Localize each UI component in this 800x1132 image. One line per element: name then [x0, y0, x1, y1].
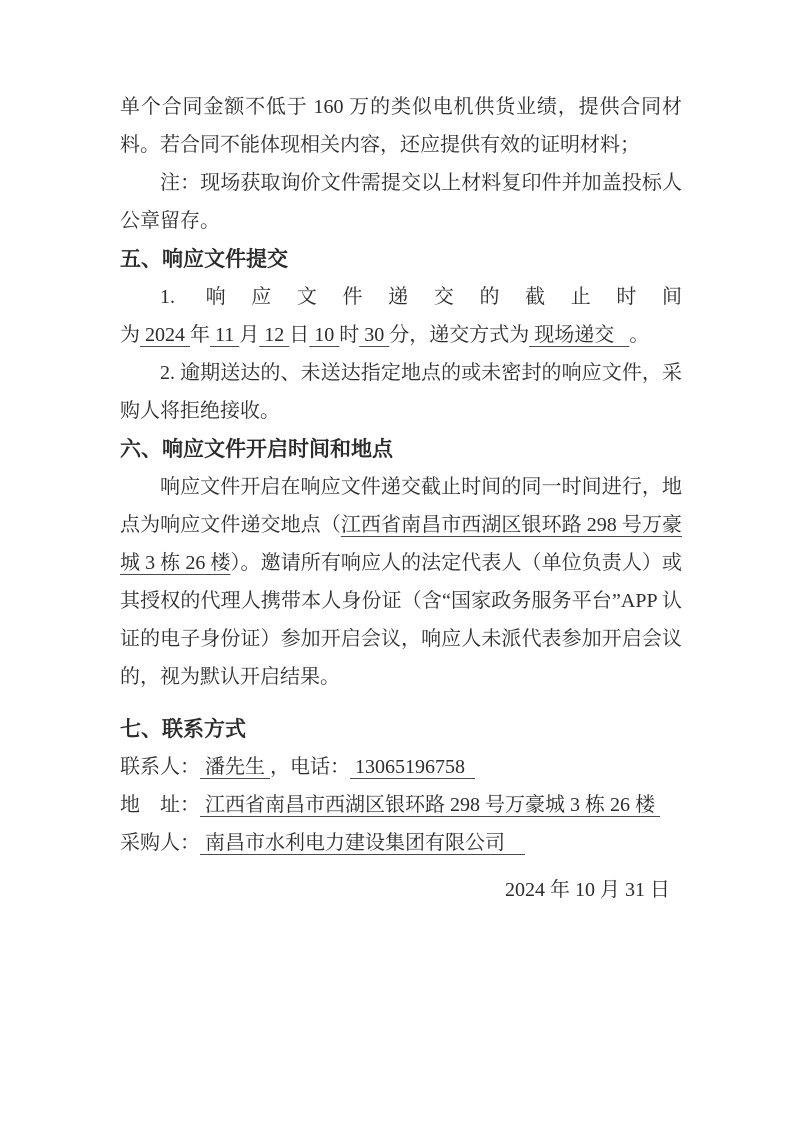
section-heading: 六、响应文件开启时间和地点 [120, 430, 682, 468]
text-segment: 分，递交方式为 [389, 324, 529, 346]
text-segment: 单个合同金额不低于 160 万的类似电机供货业绩，提供合同材料。若合同不能体现相… [120, 96, 682, 156]
paragraph: 2. 逾期送达的、未送达指定地点的或未密封的响应文件，采购人将拒绝接收。 [120, 354, 682, 430]
underlined-value: 12 [259, 324, 289, 346]
underlined-value: 10 [309, 324, 339, 346]
text-segment: 日 [289, 324, 309, 346]
text-segment: 年 [190, 324, 210, 346]
text-segment: 地 址： [120, 794, 200, 816]
paragraph: 地 址： 江西省南昌市西湖区银环路 298 号万豪城 3 栋 26 楼 [120, 786, 682, 824]
text-segment: 采购人： [120, 832, 200, 854]
underlined-value: 30 [359, 324, 389, 346]
paragraph: 采购人： 南昌市水利电力建设集团有限公司 [120, 824, 682, 862]
underlined-value: 2024 [140, 324, 190, 346]
text-segment: 2. 逾期送达的、未送达指定地点的或未密封的响应文件，采购人将拒绝接收。 [120, 362, 682, 422]
paragraph: 注：现场获取询价文件需提交以上材料复印件并加盖投标人公章留存。 [120, 164, 682, 240]
underlined-value: 11 [210, 324, 239, 346]
text-segment: 注：现场获取询价文件需提交以上材料复印件并加盖投标人公章留存。 [120, 172, 682, 232]
text-segment: 。 [629, 324, 649, 346]
underlined-value: 南昌市水利电力建设集团有限公司 [200, 832, 525, 854]
document-content: 单个合同金额不低于 160 万的类似电机供货业绩，提供合同材料。若合同不能体现相… [120, 88, 682, 909]
paragraph: 联系人： 潘先生 ，电话： 13065196758 [120, 748, 682, 786]
document-date: 2024 年 10 月 31 日 [120, 871, 670, 909]
section-heading: 五、响应文件提交 [120, 240, 682, 278]
text-segment: 联系人： [120, 756, 200, 778]
underlined-value: 江西省南昌市西湖区银环路 298 号万豪城 3 栋 26 楼 [200, 794, 660, 816]
text-segment: 月 [239, 324, 259, 346]
underlined-value: 潘先生 [200, 756, 270, 778]
paragraph: 1. 响应文件递交的截止时间为 2024 年 11 月 12 日 10 时 30… [120, 278, 682, 354]
underlined-value: 现场递交 [529, 324, 629, 346]
section-heading: 七、联系方式 [120, 710, 682, 748]
document-page: 单个合同金额不低于 160 万的类似电机供货业绩，提供合同材料。若合同不能体现相… [0, 0, 800, 1132]
underlined-value: 13065196758 [350, 756, 475, 778]
text-segment: ，电话： [270, 756, 350, 778]
paragraph: 单个合同金额不低于 160 万的类似电机供货业绩，提供合同材料。若合同不能体现相… [120, 88, 682, 164]
paragraph: 响应文件开启在响应文件递交截止时间的同一时间进行，地点为响应文件递交地点（江西省… [120, 468, 682, 696]
text-segment: 时 [339, 324, 359, 346]
